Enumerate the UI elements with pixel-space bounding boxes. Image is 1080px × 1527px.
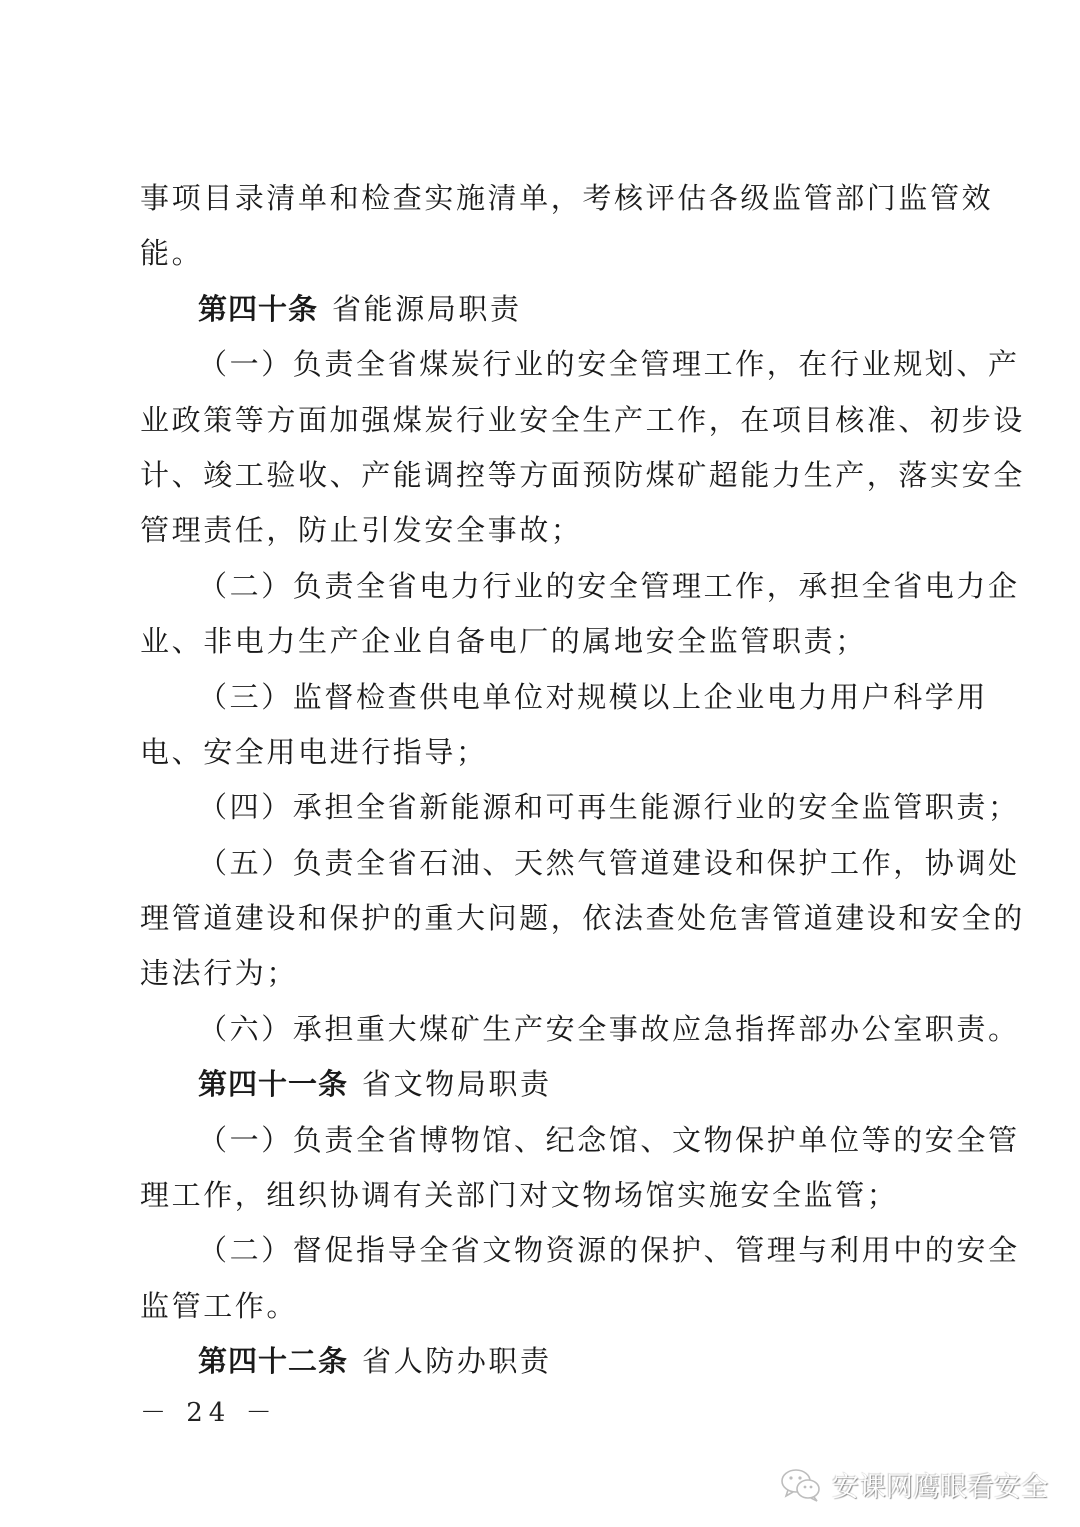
article-heading: 第四十条省能源局职责 <box>140 282 945 337</box>
article-heading: 第四十二条省人防办职责 <box>140 1334 945 1389</box>
article-number: 第四十一条 <box>198 1067 348 1101</box>
page-number: － 24 － <box>140 1392 278 1429</box>
body-line: 能。 <box>140 226 945 281</box>
article-title: 省能源局职责 <box>332 292 522 326</box>
body-line: （二）督促指导全省文物资源的保护、管理与利用中的安全 <box>140 1223 945 1278</box>
body-line: 违法行为； <box>140 946 945 1001</box>
body-line: 业政策等方面加强煤炭行业安全生产工作，在项目核准、初步设 <box>140 393 945 448</box>
body-line: 管理责任，防止引发安全事故； <box>140 503 945 558</box>
article-title: 省文物局职责 <box>362 1067 552 1101</box>
body-line: 监管工作。 <box>140 1279 945 1334</box>
body-line: （五）负责全省石油、天然气管道建设和保护工作，协调处 <box>140 836 945 891</box>
article-title: 省人防办职责 <box>362 1344 552 1378</box>
body-line: 理管道建设和保护的重大问题，依法查处危害管道建设和安全的 <box>140 891 945 946</box>
document-page: 事项目录清单和检查实施清单，考核评估各级监管部门监管效 能。 第四十条省能源局职… <box>140 171 945 1390</box>
body-line: 业、非电力生产企业自备电厂的属地安全监管职责； <box>140 614 945 669</box>
body-line: 计、竣工验收、产能调控等方面预防煤矿超能力生产，落实安全 <box>140 448 945 503</box>
watermark-text: 安课网鹰眼看安全 <box>832 1465 1048 1504</box>
body-line: （三）监督检查供电单位对规模以上企业电力用户科学用 <box>140 670 945 725</box>
wechat-icon <box>780 1467 822 1503</box>
body-line: （四）承担全省新能源和可再生能源行业的安全监管职责； <box>140 780 945 835</box>
watermark: 安课网鹰眼看安全 <box>780 1465 1048 1504</box>
body-line: （一）负责全省煤炭行业的安全管理工作，在行业规划、产 <box>140 337 945 392</box>
body-line: 理工作，组织协调有关部门对文物场馆实施安全监管； <box>140 1168 945 1223</box>
body-line: 事项目录清单和检查实施清单，考核评估各级监管部门监管效 <box>140 171 945 226</box>
body-line: （一）负责全省博物馆、纪念馆、文物保护单位等的安全管 <box>140 1113 945 1168</box>
article-heading: 第四十一条省文物局职责 <box>140 1057 945 1112</box>
article-number: 第四十二条 <box>198 1344 348 1378</box>
body-line: （六）承担重大煤矿生产安全事故应急指挥部办公室职责。 <box>140 1002 945 1057</box>
body-line: 电、安全用电进行指导； <box>140 725 945 780</box>
body-line: （二）负责全省电力行业的安全管理工作，承担全省电力企 <box>140 559 945 614</box>
article-number: 第四十条 <box>198 292 318 326</box>
